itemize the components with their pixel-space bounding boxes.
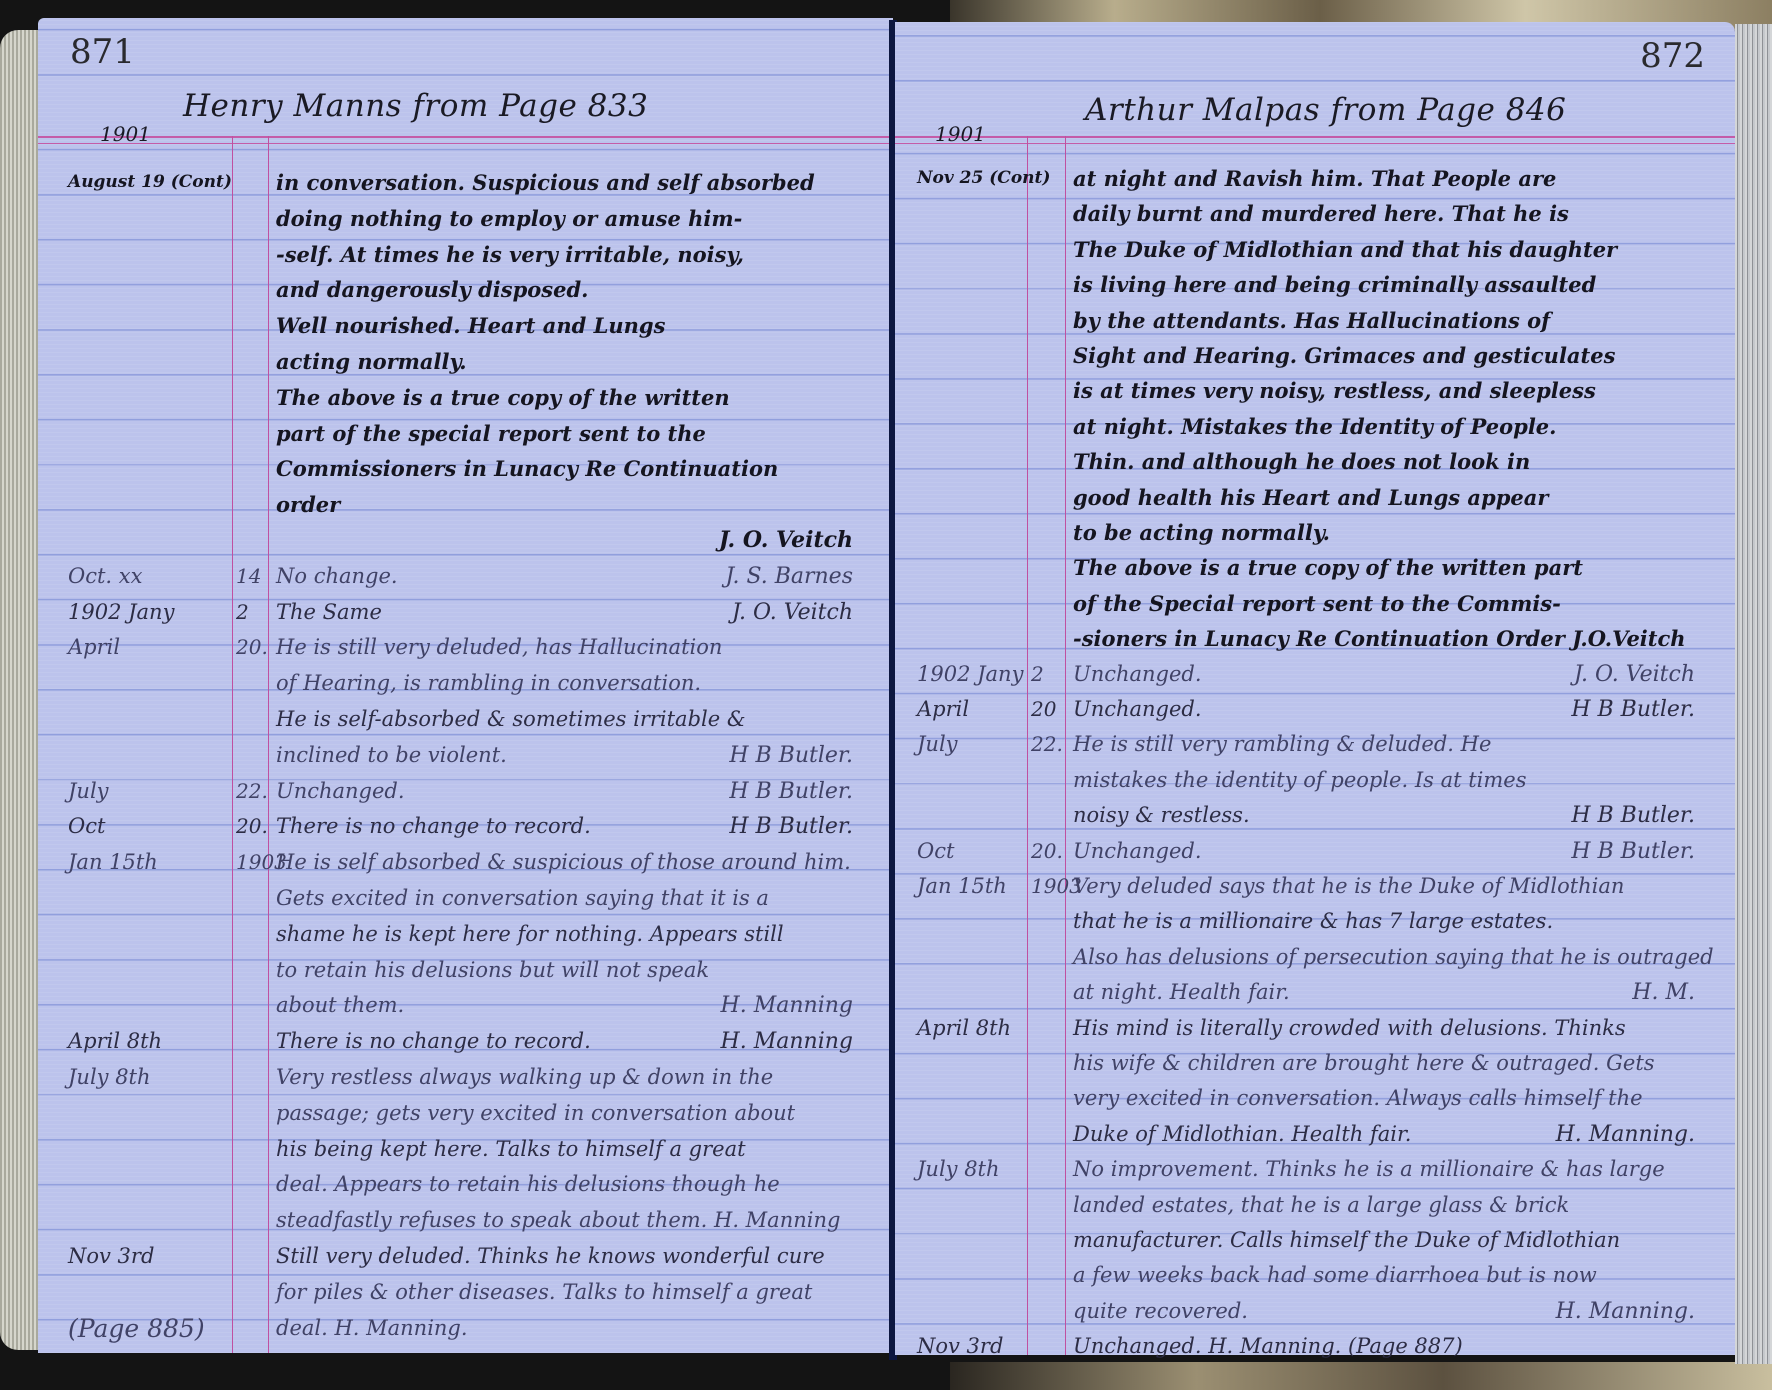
page-number: 872 [1640, 36, 1705, 76]
year-header: 1901 [935, 122, 986, 146]
entry-text: Unchanged. H. Manning. (Page 887) [1073, 1324, 1463, 1369]
header-rule [38, 136, 893, 144]
entry-text: deal. H. Manning. [276, 1306, 468, 1351]
page-number: 871 [70, 32, 135, 72]
ledger-line: Nov 3rdUnchanged. H. Manning. (Page 887) [895, 1324, 1735, 1369]
ledger-page-right: 872 Arthur Malpas from Page 846 1901 Nov… [895, 22, 1735, 1355]
page-edges-left [0, 30, 40, 1350]
entry-date: (Page 885) [68, 1306, 205, 1351]
ledger-line: (Page 885)deal. H. Manning. [38, 1306, 893, 1351]
ledger-page-left: 871 Henry Manns from Page 833 1901 Augus… [38, 18, 893, 1353]
year-header: 1901 [100, 122, 151, 146]
header-rule [895, 136, 1735, 144]
entry-date: Nov 3rd [917, 1324, 1003, 1369]
patient-title: Henry Manns from Page 833 [183, 88, 648, 124]
page-edges-right [1735, 24, 1772, 1364]
patient-title: Arthur Malpas from Page 846 [1085, 92, 1566, 128]
